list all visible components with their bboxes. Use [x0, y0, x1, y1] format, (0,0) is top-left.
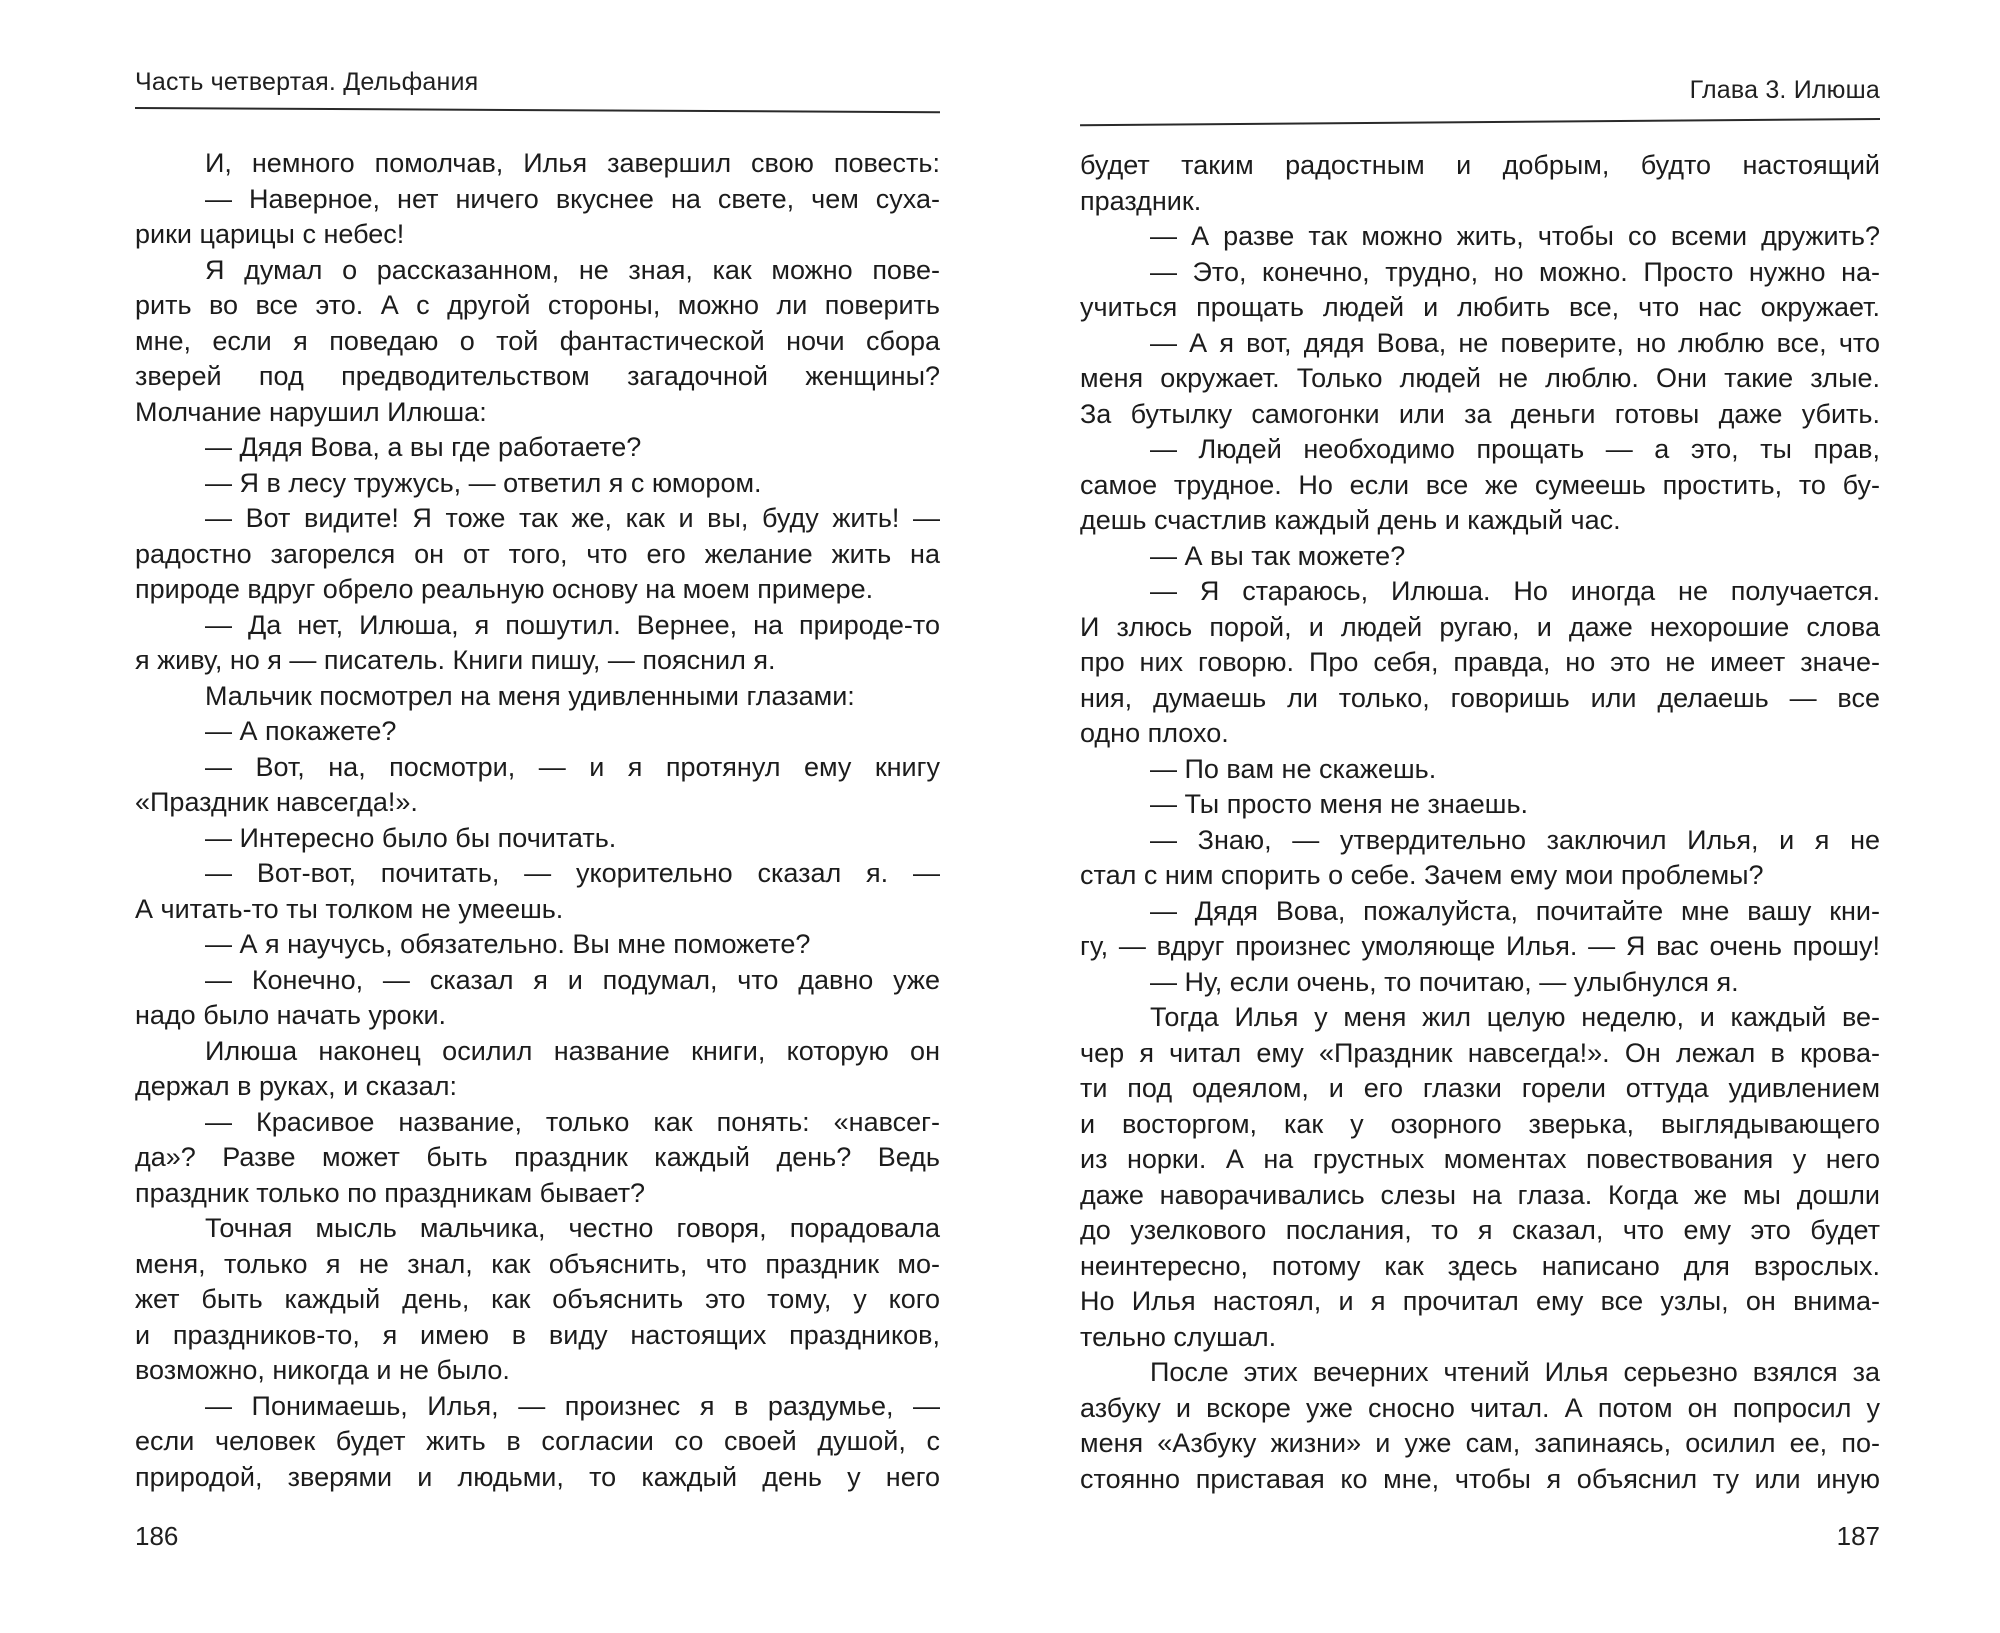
text-line: про них говорю. Про себя, правда, но это… — [1080, 645, 1880, 681]
text-line: меня окружает. Только людей не люблю. Он… — [1080, 361, 1880, 397]
text-line: — Ты просто меня не знаешь. — [1080, 787, 1880, 823]
text-line: — Интересно было бы почитать. — [135, 821, 940, 857]
text-line: — Вот, на, посмотри, — и я протянул ему … — [135, 750, 940, 786]
text-line: Тогда Илья у меня жил целую неделю, и ка… — [1080, 1000, 1880, 1036]
text-line: — Наверное, нет ничего вкуснее на свете,… — [135, 182, 940, 218]
text-line: одно плохо. — [1080, 716, 1880, 752]
text-line: — Людей необходимо прощать — а это, ты п… — [1080, 432, 1880, 468]
text-line: природой, зверями и людьми, то каждый де… — [135, 1460, 940, 1496]
text-line: и восторгом, как у озорного зверька, выг… — [1080, 1107, 1880, 1143]
text-line: радостно загорелся он от того, что его ж… — [135, 537, 940, 573]
text-line: учиться прощать людей и любить все, что … — [1080, 290, 1880, 326]
text-line: я живу, но я — писатель. Книги пишу, — п… — [135, 643, 940, 679]
header-rule — [135, 107, 940, 113]
text-line: праздник только по праздникам бывает? — [135, 1176, 940, 1212]
text-line: меня «Азбуку жизни» и уже сам, запинаясь… — [1080, 1426, 1880, 1462]
text-line: — Дядя Вова, а вы где работаете? — [135, 430, 940, 466]
text-line: надо было начать уроки. — [135, 998, 940, 1034]
text-line: И, немного помолчав, Илья завершил свою … — [135, 146, 940, 182]
text-line: азбуку и вскоре уже сносно читал. А пото… — [1080, 1391, 1880, 1427]
page-number: 186 — [135, 1521, 178, 1552]
text-line: мне, если я поведаю о той фантастической… — [135, 324, 940, 360]
text-line: меня, только я не знал, как объяснить, ч… — [135, 1247, 940, 1283]
text-line: природе вдруг обрело реальную основу на … — [135, 572, 940, 608]
text-line: дешь счастлив каждый день и каждый час. — [1080, 503, 1880, 539]
text-line: стал с ним спорить о себе. Зачем ему мои… — [1080, 858, 1880, 894]
text-line: и праздников-то, я имею в виду настоящих… — [135, 1318, 940, 1354]
text-line: стоянно приставая ко мне, чтобы я объясн… — [1080, 1462, 1880, 1498]
text-line: Точная мысль мальчика, честно говоря, по… — [135, 1211, 940, 1247]
text-line: ния, думаешь ли только, говоришь или дел… — [1080, 681, 1880, 717]
left-page-body: И, немного помолчав, Илья завершил свою … — [135, 146, 940, 1495]
text-line: жет быть каждый день, как объяснить это … — [135, 1282, 940, 1318]
text-line: — Понимаешь, Илья, — произнес я в раздум… — [135, 1389, 940, 1425]
text-line: — Конечно, — сказал я и подумал, что дав… — [135, 963, 940, 999]
text-line: рить во все это. А с другой стороны, мож… — [135, 288, 940, 324]
text-line: Я думал о рассказанном, не зная, как мож… — [135, 253, 940, 289]
text-line: возможно, никогда и не было. — [135, 1353, 940, 1389]
text-line: ти под одеялом, и его глазки горели отту… — [1080, 1071, 1880, 1107]
text-line: — Я в лесу тружусь, — ответил я с юмором… — [135, 466, 940, 502]
text-line: — По вам не скажешь. — [1080, 752, 1880, 788]
text-line: — Вот видите! Я тоже так же, как и вы, б… — [135, 501, 940, 537]
text-line: И злюсь порой, и людей ругаю, и даже нех… — [1080, 610, 1880, 646]
text-line: да»? Разве может быть праздник каждый де… — [135, 1140, 940, 1176]
text-line: гу, — вдруг произнес умоляюще Илья. — Я … — [1080, 929, 1880, 965]
text-line: неинтересно, потому как здесь написано д… — [1080, 1249, 1880, 1285]
text-line: до узелкового послания, то я сказал, что… — [1080, 1213, 1880, 1249]
text-line: Илюша наконец осилил название книги, кот… — [135, 1034, 940, 1070]
text-line: даже наворачивались слезы на глаза. Когд… — [1080, 1178, 1880, 1214]
right-page: Глава 3. Илюша будет таким радостным и д… — [1080, 0, 1880, 1633]
text-line: — А покажете? — [135, 714, 940, 750]
text-line: — Это, конечно, трудно, но можно. Просто… — [1080, 255, 1880, 291]
text-line: держал в руках, и сказал: — [135, 1069, 940, 1105]
text-line: За бутылку самогонки или за деньги готов… — [1080, 397, 1880, 433]
text-line: — Красивое название, только как понять: … — [135, 1105, 940, 1141]
text-line: самое трудное. Но если все же сумеешь пр… — [1080, 468, 1880, 504]
text-line: — Знаю, — утвердительно заключил Илья, и… — [1080, 823, 1880, 859]
text-line: — Ну, если очень, то почитаю, — улыбнулс… — [1080, 965, 1880, 1001]
text-line: — А вы так можете? — [1080, 539, 1880, 575]
right-page-body: будет таким радостным и добрым, будто на… — [1080, 148, 1880, 1497]
text-line: чер я читал ему «Праздник навсегда!». Он… — [1080, 1036, 1880, 1072]
text-line: Молчание нарушил Илюша: — [135, 395, 940, 431]
page-number: 187 — [1837, 1521, 1880, 1552]
text-line: — Вот-вот, почитать, — укорительно сказа… — [135, 856, 940, 892]
text-line: «Праздник навсегда!». — [135, 785, 940, 821]
book-spread: Часть четвертая. Дельфания И, немного по… — [0, 0, 2000, 1633]
text-line: — Я стараюсь, Илюша. Но иногда не получа… — [1080, 574, 1880, 610]
text-line: — А я вот, дядя Вова, не поверите, но лю… — [1080, 326, 1880, 362]
text-line: из норки. А на грустных моментах повеств… — [1080, 1142, 1880, 1178]
text-line: — А я научусь, обязательно. Вы мне помож… — [135, 927, 940, 963]
running-head-chapter-title: Глава 3. Илюша — [1690, 76, 1880, 105]
text-line: рики царицы с небес! — [135, 217, 940, 253]
running-head-part-title: Часть четвертая. Дельфания — [135, 68, 478, 97]
header-rule — [1080, 118, 1880, 126]
text-line: если человек будет жить в согласии со св… — [135, 1424, 940, 1460]
text-line: После этих вечерних чтений Илья серьезно… — [1080, 1355, 1880, 1391]
text-line: Мальчик посмотрел на меня удивленными гл… — [135, 679, 940, 715]
text-line: — Дядя Вова, пожалуйста, почитайте мне в… — [1080, 894, 1880, 930]
text-line: А читать-то ты толком не умеешь. — [135, 892, 940, 928]
text-line: будет таким радостным и добрым, будто на… — [1080, 148, 1880, 184]
text-line: Но Илья настоял, и я прочитал ему все уз… — [1080, 1284, 1880, 1320]
text-line: — А разве так можно жить, чтобы со всеми… — [1080, 219, 1880, 255]
left-page: Часть четвертая. Дельфания И, немного по… — [135, 0, 940, 1633]
text-line: тельно слушал. — [1080, 1320, 1880, 1356]
text-line: зверей под предводительством загадочной … — [135, 359, 940, 395]
text-line: праздник. — [1080, 184, 1880, 220]
text-line: — Да нет, Илюша, я пошутил. Вернее, на п… — [135, 608, 940, 644]
